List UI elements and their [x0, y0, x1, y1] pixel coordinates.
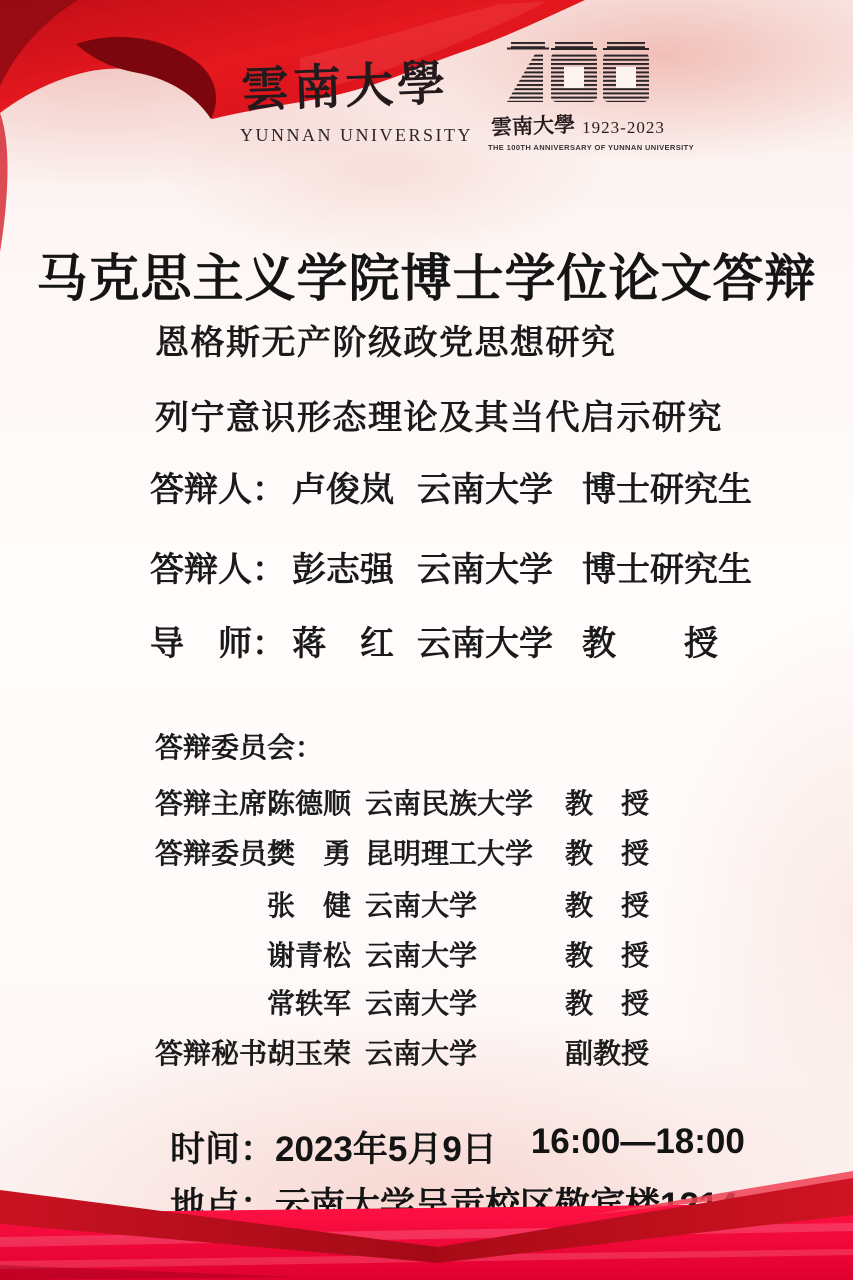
participant-title: 博士研究生 — [582, 542, 752, 591]
committee-name: 胡玉荣 — [267, 1032, 365, 1072]
committee-row: 谢青松 云南大学 教 授 — [155, 934, 649, 974]
committee-row: 答辩秘书： 胡玉荣 云南大学 副教授 — [155, 1032, 649, 1072]
committee-role — [155, 934, 267, 974]
defender-row: 答辩人： 卢俊岚 云南大学 博士研究生 — [150, 462, 752, 511]
time-label: 时间： — [170, 1122, 275, 1172]
committee-name: 樊 勇 — [267, 832, 365, 872]
participant-role-label: 导 师： — [150, 616, 292, 665]
participant-org: 云南大学 — [417, 616, 582, 665]
defender-row: 答辩人： 彭志强 云南大学 博士研究生 — [150, 542, 752, 591]
university-name-english: YUNNAN UNIVERSITY — [240, 125, 450, 146]
participant-title: 教 授 — [582, 616, 718, 665]
committee-role — [155, 982, 267, 1022]
thesis-title: 恩格斯无产阶级政党思想研究 — [155, 315, 617, 364]
committee-name: 常轶军 — [267, 982, 365, 1022]
place-label: 地点： — [170, 1178, 275, 1228]
participant-title: 博士研究生 — [582, 462, 752, 511]
committee-org: 云南大学 — [365, 884, 565, 924]
committee-name: 谢青松 — [267, 934, 365, 974]
time-range: 16:00—18:00 — [531, 1122, 745, 1172]
thesis-title: 列宁意识形态理论及其当代启示研究 — [155, 390, 723, 439]
advisor-row: 导 师： 蒋 红 云南大学 教 授 — [150, 616, 718, 665]
committee-role: 答辩委员： — [155, 832, 267, 872]
committee-title: 教 授 — [565, 782, 649, 822]
participant-name: 蒋 红 — [292, 616, 417, 665]
committee-row: 答辩委员： 樊 勇 昆明理工大学 教 授 — [155, 832, 649, 872]
committee-role — [155, 884, 267, 924]
yunnan-university-wordmark: 雲南大學 YUNNAN UNIVERSITY — [240, 48, 450, 146]
committee-title: 副教授 — [565, 1032, 649, 1072]
committee-org: 云南大学 — [365, 982, 565, 1022]
committee-role: 答辩秘书： — [155, 1032, 267, 1072]
participant-org: 云南大学 — [417, 462, 582, 511]
anniversary-years: 1923-2023 — [582, 118, 665, 138]
committee-title: 教 授 — [565, 934, 649, 974]
committee-org: 云南大学 — [365, 934, 565, 974]
anniversary-university-name: 雲南大學 — [491, 109, 576, 142]
defense-announcement-poster: 雲南大學 YUNNAN UNIVERSITY 雲 — [0, 0, 853, 1280]
place-row: 地点： 云南大学呈贡校区敬宾楼1214 — [170, 1178, 738, 1228]
committee-title: 教 授 — [565, 832, 649, 872]
participant-role-label: 答辩人： — [150, 542, 292, 591]
time-date: 2023年5月9日 — [275, 1122, 497, 1172]
participant-role-label: 答辩人： — [150, 462, 292, 511]
participant-name: 彭志强 — [292, 542, 417, 591]
committee-row: 常轶军 云南大学 教 授 — [155, 982, 649, 1022]
committee-row: 张 健 云南大学 教 授 — [155, 884, 649, 924]
page-title: 马克思主义学院博士学位论文答辩 — [0, 237, 853, 311]
committee-role: 答辩主席： — [155, 782, 267, 822]
anniversary-100-emblem-icon — [495, 42, 661, 106]
committee-title: 教 授 — [565, 982, 649, 1022]
committee-name: 张 健 — [267, 884, 365, 924]
anniversary-caption: THE 100TH ANNIVERSARY OF YUNNAN UNIVERSI… — [488, 143, 668, 152]
committee-row: 答辩主席： 陈德顺 云南民族大学 教 授 — [155, 782, 649, 822]
committee-heading: 答辩委员会： — [155, 726, 323, 766]
committee-org: 云南大学 — [365, 1032, 565, 1072]
committee-org: 云南民族大学 — [365, 782, 565, 822]
anniversary-emblem-block: 雲南大學 1923-2023 THE 100TH ANNIVERSARY OF … — [488, 42, 668, 152]
place-value: 云南大学呈贡校区敬宾楼1214 — [275, 1178, 738, 1228]
time-row: 时间： 2023年5月9日 16:00—18:00 — [170, 1122, 745, 1172]
committee-title: 教 授 — [565, 884, 649, 924]
committee-org: 昆明理工大学 — [365, 832, 565, 872]
university-name-calligraphy: 雲南大學 — [239, 44, 451, 120]
participant-name: 卢俊岚 — [292, 462, 417, 511]
participant-org: 云南大学 — [417, 542, 582, 591]
committee-name: 陈德顺 — [267, 782, 365, 822]
